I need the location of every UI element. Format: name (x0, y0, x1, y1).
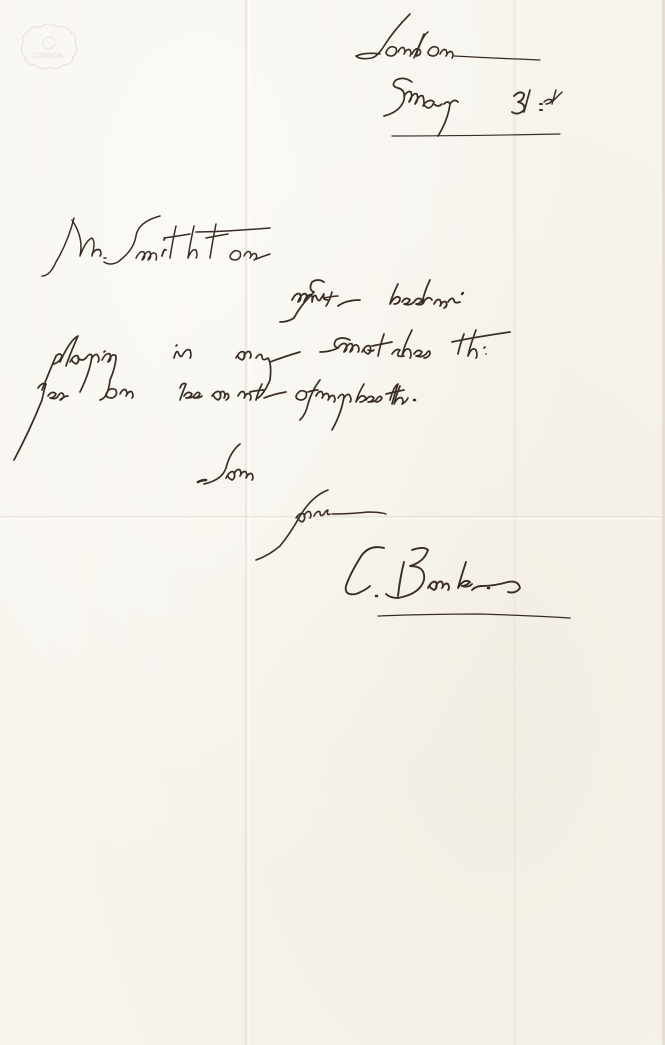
letter-page: LONDON (0, 0, 665, 1045)
body-line-1 (280, 280, 463, 322)
body-line-3 (14, 380, 415, 460)
salutation-line (42, 216, 270, 276)
place-line (356, 14, 540, 60)
closing-line-1 (198, 444, 253, 484)
handwriting-ink (0, 0, 665, 1045)
date-line (384, 78, 562, 136)
signature (346, 547, 570, 618)
